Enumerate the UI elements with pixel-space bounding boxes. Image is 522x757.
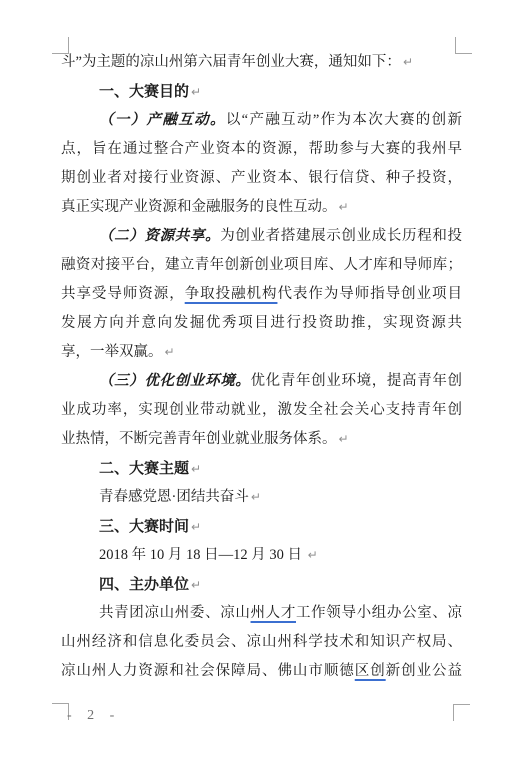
text-block: 斗”为主题的凉山州第六届青年创业大赛，通知如下：↵一、大赛目的↵（一）产融互动。… [61,48,462,686]
text-segment: 发展方向并意向发掘优秀项目进行投资助推，实现资源共 [61,315,462,331]
text-segment: 期创业者对接行业资源、产业资本、银行信贷、种子投资， [61,170,462,186]
text-segment: 斗”为主题的凉山州第六届青年创业大赛，通知如下： [61,54,401,70]
text-segment: 代表作为导师指导创业项目 [277,286,462,302]
paragraph-mark-icon: ↵ [339,200,349,214]
text-segment: （一）产融互动。 [99,112,226,128]
text-line: 2018 年 10 月 18 日—12 月 30 日 ↵ [61,541,462,570]
text-line: 斗”为主题的凉山州第六届青年创业大赛，通知如下：↵ [61,48,462,77]
text-segment: 业热情，不断完善青年创业就业服务体系。 [61,431,337,447]
text-line: 期创业者对接行业资源、产业资本、银行信贷、种子投资， [61,164,462,193]
text-line: 青春感党恩·团结共奋斗↵ [61,483,462,512]
text-line: 四、主办单位↵ [61,570,462,599]
text-segment: 三、大赛时间 [99,518,189,535]
text-line: （二）资源共享。为创业者搭建展示创业成长历程和投 [61,222,462,251]
text-segment: （三）优化创业环境。 [99,373,251,389]
text-line: 凉山州人力资源和社会保障局、佛山市顺德区创新创业公益 [61,657,462,686]
paragraph-mark-icon: ↵ [191,85,201,99]
text-segment: 享，一举双赢。 [61,344,163,360]
text-line: （三）优化创业环境。优化青年创业环境，提高青年创 [61,367,462,396]
tracked-change-underline: 区创 [355,663,386,679]
crop-mark-bottom-right [453,704,470,721]
paragraph-mark-icon: ↵ [308,548,318,562]
text-segment: 二、大赛主题 [99,460,189,477]
tracked-change-underline: 州人才 [251,605,296,621]
paragraph-mark-icon: ↵ [403,55,413,69]
text-segment: 工作领导小组办公室、凉 [296,605,462,621]
text-segment: 凉山州人力资源和社会保障局、佛山市顺德 [61,663,355,679]
text-segment: 共青团凉山州委、凉山 [99,605,251,621]
text-segment: 以“产融互动”作为本次大赛的创新 [226,112,462,128]
text-segment: 2018 年 10 月 18 日—12 月 30 日 [99,547,306,563]
page-number: - 2 - [67,708,120,724]
paragraph-mark-icon: ↵ [191,520,201,534]
text-segment: 优化青年创业环境，提高青年创 [251,373,462,389]
tracked-change-underline: 争取投融机构 [185,286,278,302]
text-line: 享，一举双赢。↵ [61,338,462,367]
text-segment: 青春感党恩·团结共奋斗 [99,489,249,505]
paragraph-mark-icon: ↵ [165,345,175,359]
text-segment: 点，旨在通过整合产业资本的资源，帮助参与大赛的我州早 [61,141,462,157]
text-segment: 融资对接平台，建立青年创新创业项目库、人才库和导师库； [61,257,462,273]
text-line: 业成功率，实现创业带动就业，激发全社会关心支持青年创 [61,396,462,425]
text-segment: 山州经济和信息化委员会、凉山州科学技术和知识产权局、 [61,634,462,650]
text-segment: （二）资源共享。 [99,228,220,244]
text-line: 三、大赛时间↵ [61,512,462,541]
text-line: 业热情，不断完善青年创业就业服务体系。↵ [61,425,462,454]
text-line: （一）产融互动。以“产融互动”作为本次大赛的创新 [61,106,462,135]
paragraph-mark-icon: ↵ [191,462,201,476]
text-line: 点，旨在通过整合产业资本的资源，帮助参与大赛的我州早 [61,135,462,164]
text-line: 融资对接平台，建立青年创新创业项目库、人才库和导师库； [61,251,462,280]
text-line: 二、大赛主题↵ [61,454,462,483]
text-line: 共青团凉山州委、凉山州人才工作领导小组办公室、凉 [61,599,462,628]
text-segment: 四、主办单位 [99,576,189,593]
text-line: 共享受导师资源，争取投融机构代表作为导师指导创业项目 [61,280,462,309]
text-segment: 业成功率，实现创业带动就业，激发全社会关心支持青年创 [61,402,462,418]
paragraph-mark-icon: ↵ [251,490,261,504]
paragraph-mark-icon: ↵ [339,432,349,446]
text-segment: 真正实现产业资源和金融服务的良性互动。 [61,199,337,215]
text-line: 一、大赛目的↵ [61,77,462,106]
text-segment: 一、大赛目的 [99,83,189,100]
text-segment: 共享受导师资源， [61,286,185,302]
document-page: 斗”为主题的凉山州第六届青年创业大赛，通知如下：↵一、大赛目的↵（一）产融互动。… [0,0,522,757]
text-segment: 新创业公益 [386,663,462,679]
text-line: 发展方向并意向发掘优秀项目进行投资助推，实现资源共 [61,309,462,338]
text-line: 山州经济和信息化委员会、凉山州科学技术和知识产权局、 [61,628,462,657]
text-segment: 为创业者搭建展示创业成长历程和投 [220,228,462,244]
text-line: 真正实现产业资源和金融服务的良性互动。↵ [61,193,462,222]
paragraph-mark-icon: ↵ [191,578,201,592]
